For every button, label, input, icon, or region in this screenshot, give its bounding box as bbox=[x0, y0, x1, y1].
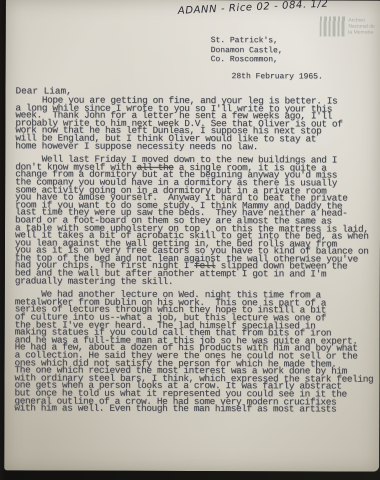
text-line: with him as well. Even though the man hi… bbox=[14, 405, 373, 414]
archival-reference-annotation: ADANN - Rice 02 - 084. 1/2 bbox=[178, 0, 328, 17]
stamp-bars-icon bbox=[319, 16, 345, 36]
sender-address: St. Patrick's,Donamon Castle,Co. Roscomm… bbox=[211, 36, 283, 65]
letter-page: ADANN - Rice 02 - 084. 1/2 Archivo Nacio… bbox=[4, 0, 380, 472]
archive-watermark-stamp: Archivo Nacional de la Memoria bbox=[319, 16, 374, 36]
letter-body: Hope you are getting on fine, and your l… bbox=[14, 96, 374, 419]
text-line: Donamon Castle, bbox=[211, 46, 283, 56]
paragraph-3: We had another lecture on Wed. night thi… bbox=[14, 291, 373, 414]
text-line: Co. Roscommon, bbox=[211, 55, 283, 65]
paragraph-2: Well last Friday I moved down to the new… bbox=[15, 156, 374, 286]
stamp-line-3: la Memoria bbox=[348, 30, 374, 36]
text-line: home however I suppose necessity needs n… bbox=[15, 142, 374, 151]
scanned-letter: ADANN - Rice 02 - 084. 1/2 Archivo Nacio… bbox=[0, 0, 380, 480]
text-line: St. Patrick's, bbox=[211, 36, 283, 46]
paragraph-1: Hope you are getting on fine, and your l… bbox=[15, 96, 374, 150]
letter-date: 28th February 1965. bbox=[232, 72, 323, 81]
stamp-text: Archivo Nacional de la Memoria bbox=[348, 18, 374, 36]
